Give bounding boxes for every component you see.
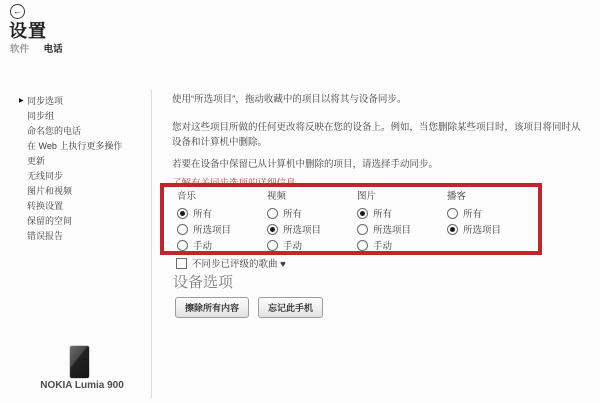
sidebar-item-label: 更新 <box>27 156 45 166</box>
radio-icon[interactable] <box>357 240 368 251</box>
device-name-label: NOKIA Lumia 900 <box>33 380 131 391</box>
sidebar-item[interactable]: ▶同步选项 <box>27 94 147 109</box>
radio-icon[interactable] <box>177 224 188 235</box>
radio-icon[interactable] <box>267 240 278 251</box>
radio-icon[interactable] <box>447 208 458 219</box>
radio-icon[interactable] <box>177 240 188 251</box>
radio-icon[interactable] <box>357 208 368 219</box>
sync-column-title: 图片 <box>357 189 445 205</box>
sidebar-item[interactable]: 转换设置 <box>27 199 147 214</box>
sidebar-item-label: 无线同步 <box>27 171 63 181</box>
sidebar-item-label: 错误报告 <box>27 231 63 241</box>
vertical-divider <box>151 90 152 398</box>
sync-column-title: 音乐 <box>177 189 265 205</box>
radio-icon[interactable] <box>447 224 458 235</box>
skip-rated-songs-option[interactable]: 不同步已评级的歌曲 ♥ <box>176 256 286 270</box>
back-arrow-icon: ← <box>13 7 22 16</box>
sidebar-item[interactable]: 错误报告 <box>27 229 147 244</box>
sidebar-item[interactable]: 命名您的电话 <box>27 124 147 139</box>
radio-option[interactable]: 手动 <box>267 237 355 253</box>
forget-phone-button[interactable]: 忘记此手机 <box>258 297 323 318</box>
sidebar-item[interactable]: 无线同步 <box>27 169 147 184</box>
radio-label: 所有 <box>193 206 212 220</box>
radio-label: 所有 <box>463 206 482 220</box>
device-options-title: 设备选项 <box>173 271 233 292</box>
radio-option[interactable]: 所选项目 <box>357 221 445 237</box>
sync-column-title: 视频 <box>267 189 355 205</box>
radio-label: 所选项目 <box>463 222 501 236</box>
radio-icon[interactable] <box>267 208 278 219</box>
sync-column: 播客所有所选项目 <box>447 189 535 237</box>
erase-all-content-button[interactable]: 擦除所有内容 <box>175 297 249 318</box>
sidebar-item-label: 图片和视频 <box>27 186 72 196</box>
sync-column: 音乐所有所选项目手动 <box>177 189 265 253</box>
sidebar-item-label: 转换设置 <box>27 201 63 211</box>
sidebar-list: ▶同步选项同步组命名您的电话在 Web 上执行更多操作更新无线同步图片和视频转换… <box>27 94 147 244</box>
sync-column: 视频所有所选项目手动 <box>267 189 355 253</box>
radio-label: 手动 <box>283 238 302 252</box>
checkbox-label: 不同步已评级的歌曲 ♥ <box>192 256 286 270</box>
radio-option[interactable]: 所选项目 <box>447 221 535 237</box>
tab-phone[interactable]: 电话 <box>44 41 63 55</box>
tab-software[interactable]: 软件 <box>10 41 29 55</box>
radio-icon[interactable] <box>177 208 188 219</box>
radio-option[interactable]: 所选项目 <box>177 221 265 237</box>
sidebar-item-label: 保留的空间 <box>27 216 72 226</box>
phone-image <box>70 346 89 378</box>
radio-label: 所选项目 <box>193 222 231 236</box>
radio-label: 所有 <box>283 206 302 220</box>
sidebar-item[interactable]: 保留的空间 <box>27 214 147 229</box>
changes-paragraph: 您对这些项目所做的任何更改将反映在您的设备上。例如，当您删除某些项目时，该项目将… <box>172 120 588 150</box>
manual-sync-paragraph: 若要在设备中保留已从计算机中删除的项目，请选择手动同步。 <box>172 157 588 172</box>
radio-option[interactable]: 所有 <box>447 205 535 221</box>
radio-option[interactable]: 所有 <box>177 205 265 221</box>
radio-label: 所选项目 <box>373 222 411 236</box>
sidebar-item-label: 同步组 <box>27 111 54 121</box>
tab-bar: 软件 电话 <box>10 41 75 55</box>
sidebar-item-label: 命名您的电话 <box>27 126 81 136</box>
sidebar-item-label: 同步选项 <box>27 96 63 106</box>
selected-marker-icon: ▶ <box>19 94 24 109</box>
sync-options-group: 音乐所有所选项目手动视频所有所选项目手动图片所有所选项目手动播客所有所选项目 <box>160 183 542 255</box>
radio-option[interactable]: 手动 <box>357 237 445 253</box>
sidebar-item[interactable]: 图片和视频 <box>27 184 147 199</box>
radio-label: 手动 <box>193 238 212 252</box>
sidebar-item[interactable]: 在 Web 上执行更多操作 <box>27 139 147 154</box>
sidebar-item-label: 在 Web 上执行更多操作 <box>27 141 122 151</box>
device-options-buttons: 擦除所有内容 忘记此手机 <box>175 297 323 318</box>
intro-paragraph: 使用“所选项目”，拖动收藏中的项目以将其与设备同步。 <box>172 92 588 107</box>
radio-option[interactable]: 所有 <box>357 205 445 221</box>
radio-label: 所有 <box>373 206 392 220</box>
radio-option[interactable]: 所有 <box>267 205 355 221</box>
radio-label: 所选项目 <box>283 222 321 236</box>
radio-option[interactable]: 手动 <box>177 237 265 253</box>
radio-icon[interactable] <box>267 224 278 235</box>
sync-column: 图片所有所选项目手动 <box>357 189 445 253</box>
radio-option[interactable]: 所选项目 <box>267 221 355 237</box>
radio-label: 手动 <box>373 238 392 252</box>
checkbox-icon[interactable] <box>176 258 187 269</box>
page-title: 设置 <box>9 17 47 43</box>
sidebar-item[interactable]: 同步组 <box>27 109 147 124</box>
sync-column-title: 播客 <box>447 189 535 205</box>
radio-icon[interactable] <box>357 224 368 235</box>
sidebar-item[interactable]: 更新 <box>27 154 147 169</box>
